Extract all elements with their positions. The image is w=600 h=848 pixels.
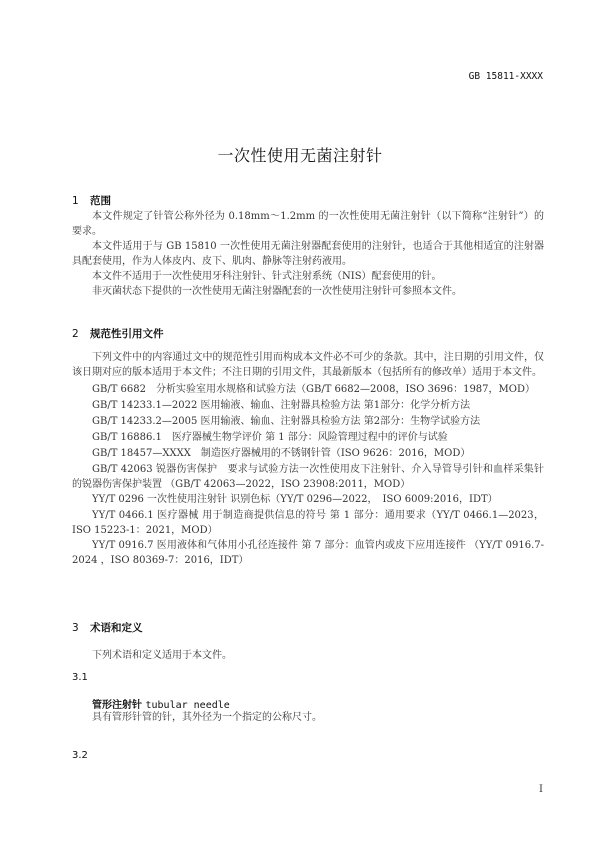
- paragraph: 非灭菌状态下提供的一次性使用无菌注射器配套的一次性使用注射针可参照本文件。: [72, 284, 544, 299]
- paragraph: 下列文件中的内容通过文中的规范性引用而构成本文件必不可少的条款。其中，注日期的引…: [72, 350, 544, 380]
- section-number: 3: [72, 622, 90, 634]
- reference-item: YY/T 0466.1 医疗器械 用于制造商提供信息的符号 第 1 部分：通用要…: [72, 508, 544, 538]
- section-heading-normative-references: 2规范性引用文件: [72, 326, 544, 341]
- paragraph: 本文件适用于与 GB 15810 一次性使用无菌注射器配套使用的注射针，也适合于…: [72, 239, 544, 269]
- terms-intro: 下列术语和定义适用于本文件。: [72, 648, 544, 663]
- section-number: 2: [72, 328, 90, 340]
- reference-item: GB/T 18457—XXXX 制造医疗器械用的不锈钢针管（ISO 9626：2…: [72, 446, 544, 462]
- term-number: 3.1: [72, 672, 544, 683]
- term-name: 管形注射针 tubular needle: [72, 696, 564, 711]
- references-body: 下列文件中的内容通过文中的规范性引用而构成本文件必不可少的条款。其中，注日期的引…: [72, 350, 544, 568]
- standard-code: GB 15811-XXXX: [469, 71, 543, 82]
- section-heading-scope: 1范围: [72, 193, 544, 208]
- reference-item: YY/T 0916.7 医用液体和气体用小孔径连接件 第 7 部分：血管内或皮下…: [72, 538, 544, 568]
- paragraph: 本文件不适用于一次性使用牙科注射针、针式注射系统（NIS）配套使用的针。: [72, 269, 544, 284]
- reference-item: GB/T 14233.2—2005 医用输液、输血、注射器具检验方法 第2部分：…: [72, 414, 544, 430]
- section-number: 1: [72, 195, 90, 207]
- section-heading-terms: 3术语和定义: [72, 620, 544, 635]
- document-title: 一次性使用无菌注射针: [0, 143, 600, 166]
- section-title: 术语和定义: [90, 622, 143, 634]
- page-number: I: [539, 784, 543, 795]
- reference-item: GB/T 42063 锐器伤害保护 要求与试验方法一次性使用皮下注射针、介入导管…: [72, 462, 544, 492]
- reference-item: GB/T 6682 分析实验室用水规格和试验方法（GB/T 6682—2008，…: [72, 382, 544, 398]
- paragraph: 下列术语和定义适用于本文件。: [72, 648, 544, 663]
- section-title: 规范性引用文件: [90, 328, 164, 340]
- section-title: 范围: [90, 195, 111, 207]
- paragraph: 本文件规定了针管公称外径为 0.18mm～1.2mm 的一次性使用无菌注射针（以…: [72, 209, 544, 239]
- term-number: 3.2: [72, 750, 544, 761]
- reference-item: GB/T 14233.1—2022 医用输液、输血、注射器具检验方法 第1部分：…: [72, 398, 544, 414]
- reference-item: YY/T 0296 一次性使用注射针 识别色标（YY/T 0296—2022， …: [72, 492, 544, 508]
- scope-body: 本文件规定了针管公称外径为 0.18mm～1.2mm 的一次性使用无菌注射针（以…: [72, 209, 544, 299]
- paragraph: 具有管形针管的针，其外径为一个指定的公称尺寸。: [72, 710, 544, 725]
- reference-item: GB/T 16886.1 医疗器械生物学评价 第 1 部分：风险管理过程中的评价…: [72, 430, 544, 446]
- term-definition: 具有管形针管的针，其外径为一个指定的公称尺寸。: [72, 710, 544, 725]
